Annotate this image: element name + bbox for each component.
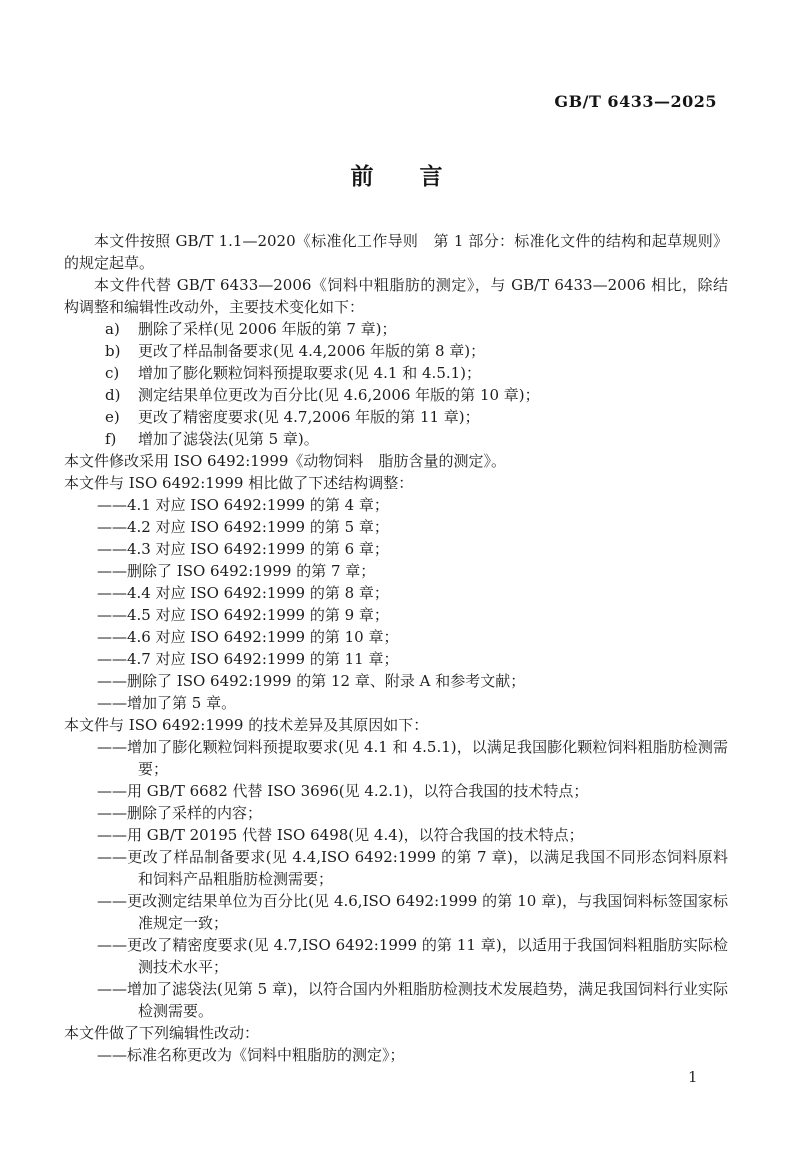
change-item-text: 测定结果单位更改为百分比(见 4.6,2006 年版的第 10 章)； bbox=[138, 386, 540, 404]
structure-item: ——4.4 对应 ISO 6492:1999 的第 8 章； bbox=[64, 582, 728, 604]
change-item-text: 增加了膨化颗粒饲料预提取要求(见 4.1 和 4.5.1)； bbox=[138, 364, 481, 382]
change-item-label: d) bbox=[105, 384, 138, 406]
change-item-label: b) bbox=[105, 340, 138, 362]
diff-item: ——更改了精密度要求(见 4.7,ISO 6492:1999 的第 11 章)，… bbox=[64, 934, 728, 978]
change-item-label: c) bbox=[105, 362, 138, 384]
paragraph-editorial-intro: 本文件做了下列编辑性改动： bbox=[64, 1022, 728, 1044]
paragraph-adoption: 本文件修改采用 ISO 6492:1999《动物饲料 脂肪含量的测定》。 bbox=[64, 450, 728, 472]
structure-item: ——删除了 ISO 6492:1999 的第 7 章； bbox=[64, 560, 728, 582]
paragraph-replaces: 本文件代替 GB/T 6433—2006《饲料中粗脂肪的测定》，与 GB/T 6… bbox=[64, 274, 728, 318]
diff-item: ——用 GB/T 6682 代替 ISO 3696(见 4.2.1)，以符合我国… bbox=[64, 780, 728, 802]
diff-item: ——增加了膨化颗粒饲料预提取要求(见 4.1 和 4.5.1)，以满足我国膨化颗… bbox=[64, 736, 728, 780]
foreword-body: 本文件按照 GB/T 1.1—2020《标准化工作导则 第 1 部分：标准化文件… bbox=[64, 230, 728, 1066]
change-item-text: 更改了样品制备要求(见 4.4,2006 年版的第 8 章)； bbox=[138, 342, 485, 360]
change-item-b: b)更改了样品制备要求(见 4.4,2006 年版的第 8 章)； bbox=[64, 340, 728, 362]
paragraph-diff-intro: 本文件与 ISO 6492:1999 的技术差异及其原因如下： bbox=[64, 714, 728, 736]
diff-item: ——用 GB/T 20195 代替 ISO 6498(见 4.4)，以符合我国的… bbox=[64, 824, 728, 846]
change-item-d: d)测定结果单位更改为百分比(见 4.6,2006 年版的第 10 章)； bbox=[64, 384, 728, 406]
foreword-title: 前 言 bbox=[0, 158, 793, 191]
change-item-label: e) bbox=[105, 406, 138, 428]
diff-item: ——更改了样品制备要求(见 4.4,ISO 6492:1999 的第 7 章)，… bbox=[64, 846, 728, 890]
change-item-text: 删除了采样(见 2006 年版的第 7 章)； bbox=[138, 320, 397, 338]
change-item-text: 增加了滤袋法(见第 5 章)。 bbox=[138, 430, 319, 448]
structure-item: ——4.6 对应 ISO 6492:1999 的第 10 章； bbox=[64, 626, 728, 648]
standard-code-header: GB/T 6433—2025 bbox=[0, 92, 717, 111]
diff-item: ——增加了滤袋法(见第 5 章)，以符合国内外粗脂肪检测技术发展趋势，满足我国饲… bbox=[64, 978, 728, 1022]
paragraph-structure-intro: 本文件与 ISO 6492:1999 相比做了下述结构调整： bbox=[64, 472, 728, 494]
change-item-f: f)增加了滤袋法(见第 5 章)。 bbox=[64, 428, 728, 450]
change-item-a: a)删除了采样(见 2006 年版的第 7 章)； bbox=[64, 318, 728, 340]
structure-item: ——4.7 对应 ISO 6492:1999 的第 11 章； bbox=[64, 648, 728, 670]
structure-item: ——4.1 对应 ISO 6492:1999 的第 4 章； bbox=[64, 494, 728, 516]
document-page: GB/T 6433—2025 前 言 本文件按照 GB/T 1.1—2020《标… bbox=[0, 0, 793, 1167]
structure-item: ——4.2 对应 ISO 6492:1999 的第 5 章； bbox=[64, 516, 728, 538]
structure-item: ——增加了第 5 章。 bbox=[64, 692, 728, 714]
diff-item: ——更改测定结果单位为百分比(见 4.6,ISO 6492:1999 的第 10… bbox=[64, 890, 728, 934]
structure-item: ——4.3 对应 ISO 6492:1999 的第 6 章； bbox=[64, 538, 728, 560]
change-item-label: a) bbox=[105, 318, 138, 340]
change-item-c: c)增加了膨化颗粒饲料预提取要求(见 4.1 和 4.5.1)； bbox=[64, 362, 728, 384]
editorial-item: ——标准名称更改为《饲料中粗脂肪的测定》； bbox=[64, 1044, 728, 1066]
structure-item: ——删除了 ISO 6492:1999 的第 12 章、附录 A 和参考文献； bbox=[64, 670, 728, 692]
structure-item: ——4.5 对应 ISO 6492:1999 的第 9 章； bbox=[64, 604, 728, 626]
page-number: 1 bbox=[688, 1068, 698, 1086]
change-item-text: 更改了精密度要求(见 4.7,2006 年版的第 11 章)； bbox=[138, 408, 480, 426]
diff-item: ——删除了采样的内容； bbox=[64, 802, 728, 824]
change-item-e: e)更改了精密度要求(见 4.7,2006 年版的第 11 章)； bbox=[64, 406, 728, 428]
paragraph-drafting-basis: 本文件按照 GB/T 1.1—2020《标准化工作导则 第 1 部分：标准化文件… bbox=[64, 230, 728, 274]
change-item-label: f) bbox=[105, 428, 138, 450]
